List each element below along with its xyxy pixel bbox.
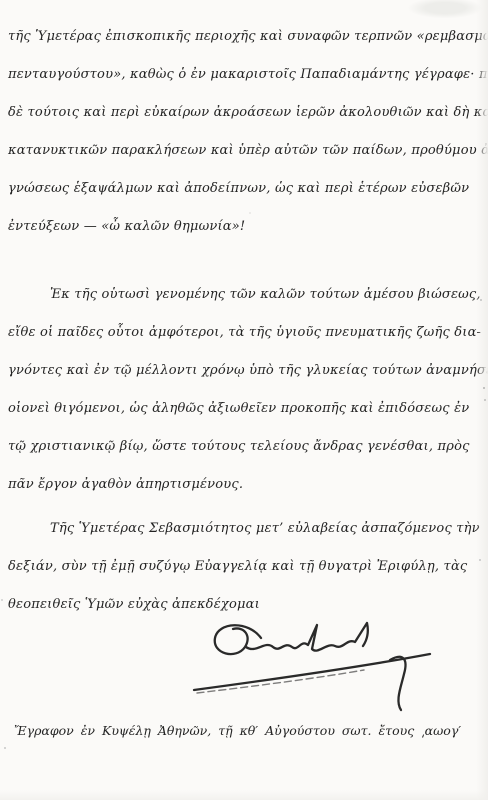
paragraph: Τῆς Ὑμετέρας Σεβασμιότητος μετ’ εὐλαβεία… [8, 510, 484, 624]
dateline-text: Ἔγραφον ἐν Κυψέλῃ Ἀθηνῶν, τῇ κθ′ Αὐγούστ… [14, 714, 461, 748]
handwritten-line: Ἐκ τῆς οὑτωσὶ γενομένης τῶν καλῶν τούτων… [8, 276, 484, 314]
handwritten-line: Τῆς Ὑμετέρας Σεβασμιότητος μετ’ εὐλαβεία… [8, 510, 484, 548]
manuscript-page: τῆς Ὑμετέρας ἐπισκοπικῆς περιοχῆς καὶ συ… [0, 0, 488, 800]
handwritten-line: ἐντεύξεων — «ὦ καλῶν θημωνία»! [8, 208, 484, 246]
handwritten-line: τῷ χριστιανικῷ βίῳ, ὥστε τούτους τελείου… [8, 428, 484, 466]
handwritten-line: κατανυκτικῶν παρακλήσεων καὶ ὑπὲρ αὐτῶν … [8, 132, 484, 170]
paragraph: Ἐκ τῆς οὑτωσὶ γενομένης τῶν καλῶν τούτων… [8, 276, 484, 504]
paragraph: τῆς Ὑμετέρας ἐπισκοπικῆς περιοχῆς καὶ συ… [8, 18, 484, 246]
handwritten-line: εἴθε οἱ παῖδες οὗτοι ἀμφότεροι, τὰ τῆς ὑ… [8, 314, 484, 352]
signature-scrawl [166, 616, 468, 718]
handwritten-line: πενταυγούστου», καθὼς ὁ ἐν μακαριστοῖς Π… [8, 56, 484, 94]
handwritten-line: τῆς Ὑμετέρας ἐπισκοπικῆς περιοχῆς καὶ συ… [8, 18, 484, 56]
letter-paragraphs: τῆς Ὑμετέρας ἐπισκοπικῆς περιοχῆς καὶ συ… [8, 18, 484, 624]
handwritten-line: δεξιάν, σὺν τῇ ἐμῇ συζύγῳ Εὐαγγελίᾳ καὶ … [8, 548, 484, 586]
handwritten-line: δὲ τούτοις καὶ περὶ εὐκαίρων ἀκροάσεων ἱ… [8, 94, 484, 132]
letter-body: τῆς Ὑμετέρας ἐπισκοπικῆς περιοχῆς καὶ συ… [8, 18, 484, 624]
handwritten-line: οἱονεὶ θιγόμενοι, ὡς ἀληθῶς ἀξιωθεῖεν πρ… [8, 390, 484, 428]
signature-icon [166, 616, 468, 718]
handwritten-line: πᾶν ἔργον ἀγαθὸν ἀπηρτισμένους. [8, 466, 484, 504]
handwritten-line: γνώσεως ἑξαψάλμων καὶ ἀποδείπνων, ὡς καὶ… [8, 170, 484, 208]
handwritten-line: γνόντες καὶ ἐν τῷ μέλλοντι χρόνῳ ὑπὸ τῆς… [8, 352, 484, 390]
